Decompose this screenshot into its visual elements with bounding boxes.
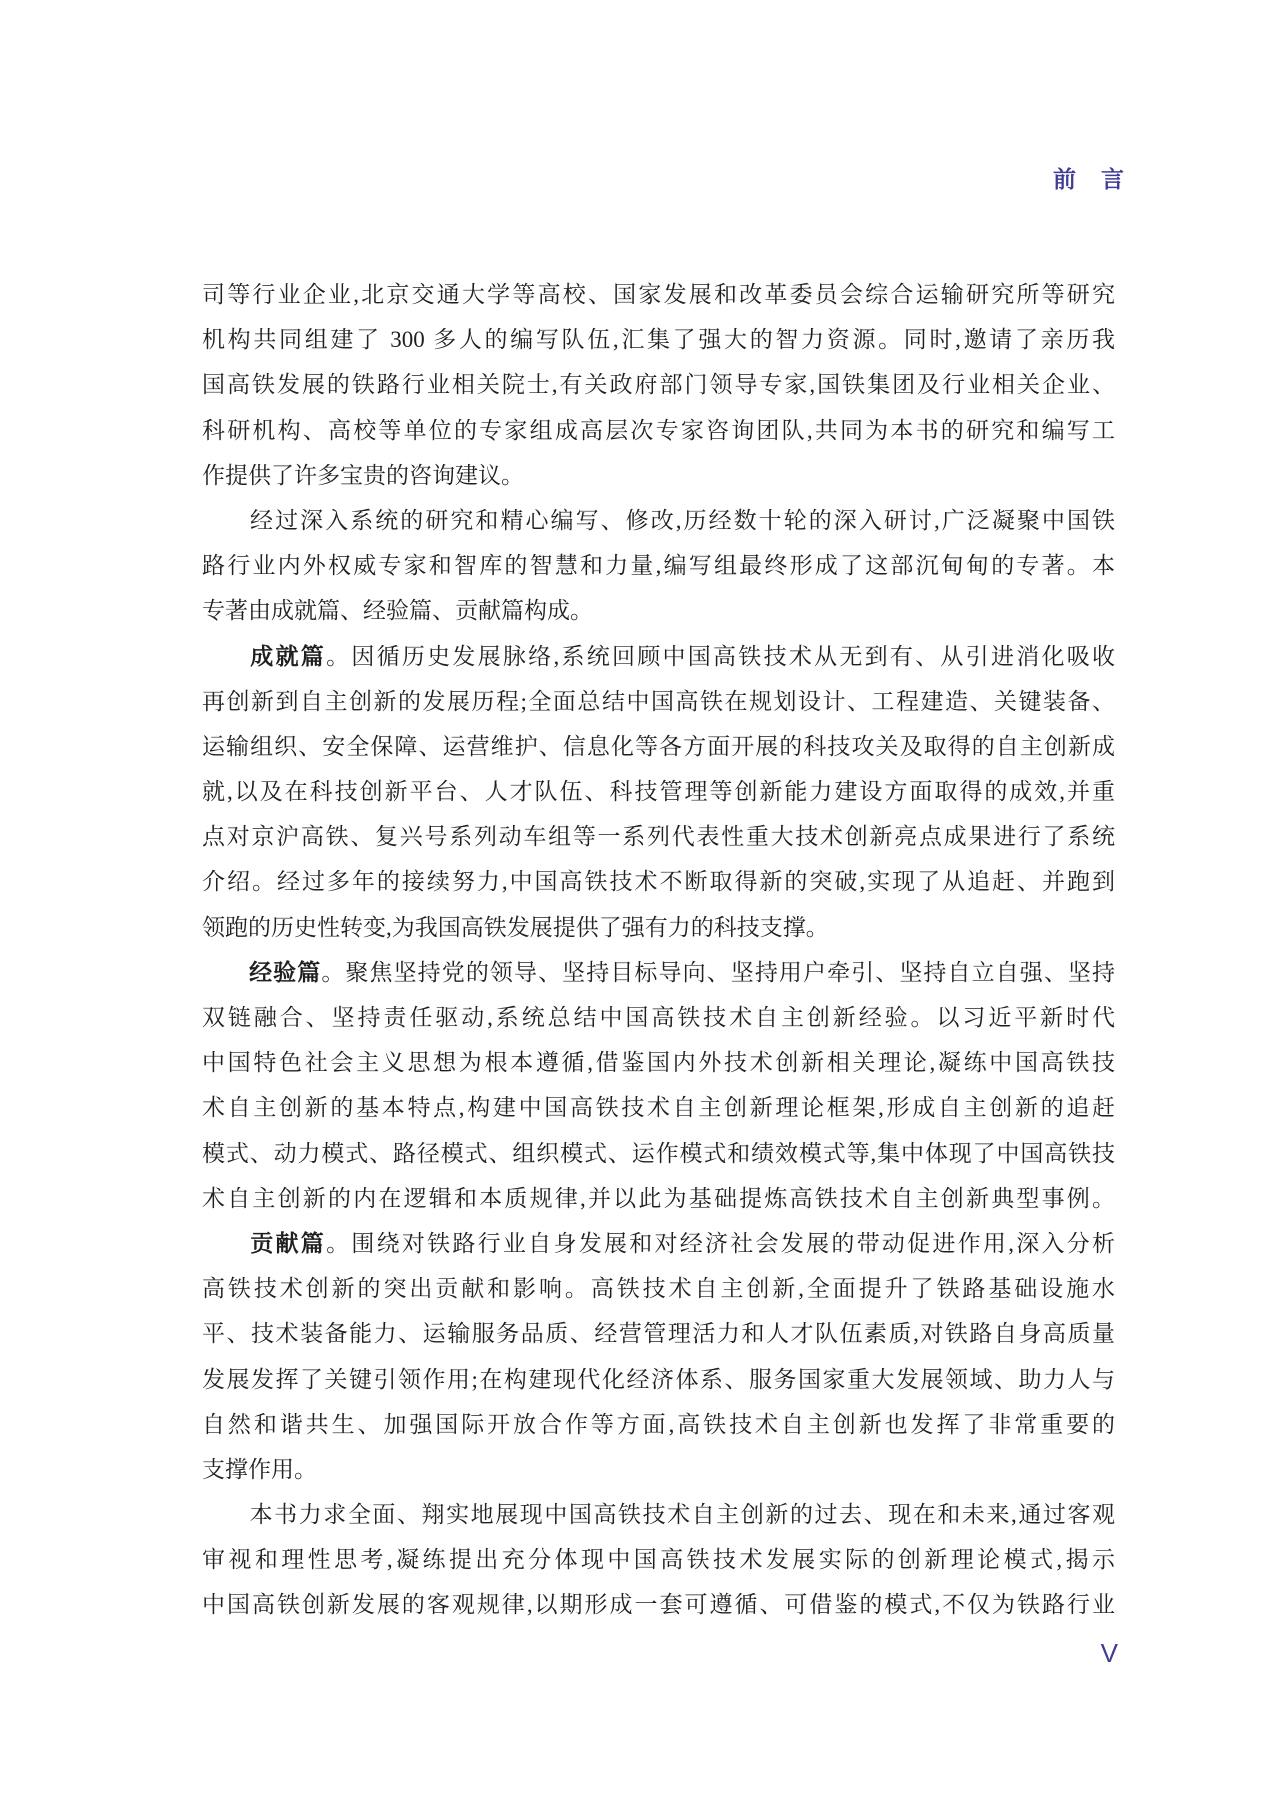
- text-line: 高铁技术创新的突出贡献和影响。高铁技术自主创新,全面提升了铁路基础设施水: [202, 1266, 1115, 1311]
- text-line: 作提供了许多宝贵的咨询建议。: [202, 453, 1115, 498]
- text-line: 专著由成就篇、经验篇、贡献篇构成。: [202, 588, 1115, 633]
- paragraph: 经过深入系统的研究和精心编写、修改,历经数十轮的深入研讨,广泛凝聚中国铁路行业内…: [202, 498, 1115, 634]
- text-line: 再创新到自主创新的发展历程;全面总结中国高铁在规划设计、工程建造、关键装备、: [202, 679, 1115, 724]
- paragraph: 贡献篇。围绕对铁路行业自身发展和对经济社会发展的带动促进作用,深入分析高铁技术创…: [202, 1221, 1115, 1492]
- text-line: 运输组织、安全保障、运营维护、信息化等各方面开展的科技攻关及取得的自主创新成: [202, 724, 1115, 769]
- text-line: 平、技术装备能力、运输服务品质、经营管理活力和人才队伍素质,对铁路自身高质量: [202, 1311, 1115, 1356]
- text-line: 国高铁发展的铁路行业相关院士,有关政府部门领导专家,国铁集团及行业相关企业、: [202, 362, 1115, 407]
- text-line: 经验篇。聚焦坚持党的领导、坚持目标导向、坚持用户牵引、坚持自立自强、坚持: [202, 950, 1115, 995]
- paragraph: 成就篇。因循历史发展脉络,系统回顾中国高铁技术从无到有、从引进消化吸收再创新到自…: [202, 634, 1115, 950]
- text-line: 路行业内外权威专家和智库的智慧和力量,编写组最终形成了这部沉甸甸的专著。本: [202, 543, 1115, 588]
- section-title: 成就篇: [248, 644, 326, 669]
- section-title: 经验篇: [248, 960, 321, 985]
- paragraph: 经验篇。聚焦坚持党的领导、坚持目标导向、坚持用户牵引、坚持自立自强、坚持双链融合…: [202, 950, 1115, 1221]
- text-line: 双链融合、坚持责任驱动,系统总结中国高铁技术自主创新经验。以习近平新时代: [202, 995, 1115, 1040]
- text-line: 司等行业企业,北京交通大学等高校、国家发展和改革委员会综合运输研究所等研究: [202, 272, 1115, 317]
- text-line: 中国高铁创新发展的客观规律,以期形成一套可遵循、可借鉴的模式,不仅为铁路行业: [202, 1582, 1115, 1627]
- text-line: 模式、动力模式、路径模式、组织模式、运作模式和绩效模式等,集中体现了中国高铁技: [202, 1131, 1115, 1176]
- text-line: 术自主创新的内在逻辑和本质规律,并以此为基础提炼高铁技术自主创新典型事例。: [202, 1176, 1115, 1221]
- text-line: 本书力求全面、翔实地展现中国高铁技术自主创新的过去、现在和未来,通过客观: [202, 1492, 1115, 1537]
- text-line: 就,以及在科技创新平台、人才队伍、科技管理等创新能力建设方面取得的成效,并重: [202, 769, 1115, 814]
- text-line: 发展发挥了关键引领作用;在构建现代化经济体系、服务国家重大发展领域、助力人与: [202, 1357, 1115, 1402]
- text-line: 成就篇。因循历史发展脉络,系统回顾中国高铁技术从无到有、从引进消化吸收: [202, 634, 1115, 679]
- text-line: 自然和谐共生、加强国际开放合作等方面,高铁技术自主创新也发挥了非常重要的: [202, 1402, 1115, 1447]
- text-line: 中国特色社会主义思想为根本遵循,借鉴国内外技术创新相关理论,凝练中国高铁技: [202, 1040, 1115, 1085]
- text-line: 点对京沪高铁、复兴号系列动车组等一系列代表性重大技术创新亮点成果进行了系统: [202, 814, 1115, 859]
- text-line: 经过深入系统的研究和精心编写、修改,历经数十轮的深入研讨,广泛凝聚中国铁: [202, 498, 1115, 543]
- paragraph: 本书力求全面、翔实地展现中国高铁技术自主创新的过去、现在和未来,通过客观审视和理…: [202, 1492, 1115, 1628]
- text-line: 支撑作用。: [202, 1447, 1115, 1492]
- text-line: 审视和理性思考,凝练提出充分体现中国高铁技术发展实际的创新理论模式,揭示: [202, 1537, 1115, 1582]
- text-line: 介绍。经过多年的接续努力,中国高铁技术不断取得新的突破,实现了从追赶、并跑到: [202, 859, 1115, 904]
- section-title: 贡献篇: [248, 1231, 326, 1256]
- text-line: 机构共同组建了 300 多人的编写队伍,汇集了强大的智力资源。同时,邀请了亲历我: [202, 317, 1115, 362]
- paragraph: 司等行业企业,北京交通大学等高校、国家发展和改革委员会综合运输研究所等研究机构共…: [202, 272, 1115, 498]
- text-line: 科研机构、高校等单位的专家组成高层次专家咨询团队,共同为本书的研究和编写工: [202, 408, 1115, 453]
- text-line: 领跑的历史性转变,为我国高铁发展提供了强有力的科技支撑。: [202, 905, 1115, 950]
- text-line: 术自主创新的基本特点,构建中国高铁技术自主创新理论框架,形成自主创新的追赶: [202, 1085, 1115, 1130]
- preface-body: 司等行业企业,北京交通大学等高校、国家发展和改革委员会综合运输研究所等研究机构共…: [202, 272, 1115, 1628]
- text-line: 贡献篇。围绕对铁路行业自身发展和对经济社会发展的带动促进作用,深入分析: [202, 1221, 1115, 1266]
- page-number: V: [1101, 1638, 1118, 1669]
- page-title: 前 言: [1053, 161, 1125, 194]
